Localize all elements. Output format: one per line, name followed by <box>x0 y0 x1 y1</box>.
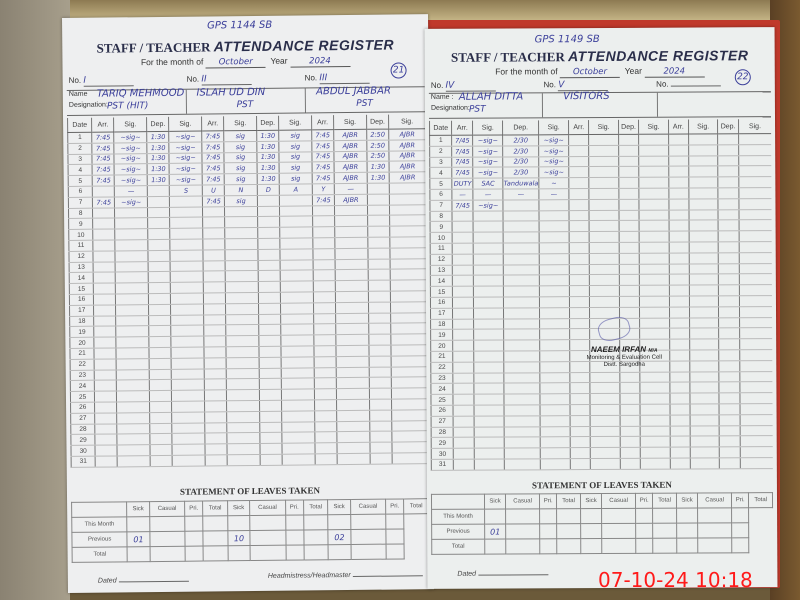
year-value: 2024 <box>290 56 350 68</box>
attendance-cell <box>718 231 739 242</box>
leaves-column-header: Total <box>203 501 228 516</box>
attendance-cell: ~sig~ <box>115 175 148 186</box>
attendance-cell <box>640 285 669 296</box>
attendance-cell <box>719 263 740 274</box>
attendance-cell <box>740 404 773 415</box>
attendance-cell <box>689 177 718 188</box>
attendance-cell <box>391 345 428 356</box>
attendance-cell <box>540 394 570 405</box>
attendance-cell <box>569 189 589 200</box>
attendance-cell <box>670 426 690 437</box>
leaves-cell <box>602 508 636 523</box>
attendance-cell <box>591 458 620 469</box>
attendance-cell <box>719 350 740 361</box>
attendance-cell <box>504 308 540 319</box>
attendance-cell <box>504 426 540 437</box>
attendance-cell <box>688 134 717 145</box>
attendance-cell <box>503 221 539 232</box>
attendance-cell <box>314 346 336 357</box>
attendance-cell <box>170 207 203 218</box>
attendance-cell <box>719 317 740 328</box>
attendance-cell <box>539 275 569 286</box>
attendance-cell <box>313 302 335 313</box>
attendance-cell <box>453 297 474 308</box>
date-cell: 9 <box>69 219 93 230</box>
attendance-cell <box>392 420 429 431</box>
attendance-cell <box>618 145 639 156</box>
attendance-cell <box>689 199 718 210</box>
attendance-cell <box>619 221 640 232</box>
attendance-cell <box>504 340 540 351</box>
attendance-cell: ~sig~ <box>539 167 569 178</box>
attendance-cell <box>203 260 225 271</box>
attendance-cell <box>503 210 539 221</box>
attendance-cell <box>117 423 150 434</box>
attendance-cell <box>504 297 540 308</box>
attendance-cell <box>569 167 589 178</box>
attendance-cell <box>718 188 739 199</box>
attendance-cell <box>205 412 227 423</box>
attendance-cell <box>570 437 590 448</box>
attendance-cell <box>225 206 258 217</box>
attendance-cell <box>390 291 427 302</box>
attendance-cell <box>391 323 428 334</box>
leaves-cell <box>328 545 350 560</box>
attendance-cell <box>738 144 771 155</box>
attendance-cell <box>314 389 336 400</box>
attendance-cell <box>282 432 315 443</box>
attendance-cell: AJBR <box>334 173 367 184</box>
leaves-row: This Month <box>432 508 773 525</box>
attendance-cell <box>225 271 258 282</box>
school-code: GPS 1149 SB <box>535 34 600 45</box>
attendance-cell <box>367 205 389 216</box>
attendance-cell <box>505 448 541 459</box>
attendance-cell <box>116 304 149 315</box>
attendance-cell <box>718 134 739 145</box>
attendance-cell <box>569 275 589 286</box>
attendance-cell <box>453 276 474 287</box>
attendance-cell <box>281 303 314 314</box>
date-cell: 24 <box>70 381 94 392</box>
attendance-cell <box>640 264 669 275</box>
date-cell: 28 <box>71 424 95 435</box>
attendance-cell <box>172 423 205 434</box>
attendance-cell <box>227 379 260 390</box>
leaves-cell <box>386 529 404 544</box>
attendance-cell <box>540 372 570 383</box>
attendance-cell <box>150 423 172 434</box>
attendance-cell <box>474 340 504 351</box>
attendance-cell <box>739 220 772 231</box>
attendance-cell <box>93 218 115 229</box>
attendance-cell <box>690 404 719 415</box>
attendance-cell <box>203 282 225 293</box>
attendance-cell <box>570 383 590 394</box>
attendance-cell <box>504 264 540 275</box>
date-cell: 27 <box>431 416 453 427</box>
attendance-cell <box>225 260 258 271</box>
attendance-cell: N <box>225 184 258 195</box>
attendance-cell <box>149 304 171 315</box>
attendance-cell <box>620 458 641 469</box>
attendance-cell <box>740 360 773 371</box>
attendance-cell <box>668 134 688 145</box>
attendance-cell: ~sig~ <box>539 135 569 146</box>
attendance-cell <box>589 156 618 167</box>
attendance-cell <box>474 459 504 470</box>
attendance-cell <box>227 433 260 444</box>
attendance-cell <box>619 167 640 178</box>
attendance-cell <box>640 382 669 393</box>
column-header: Sig. <box>389 114 426 129</box>
attendance-cell <box>669 199 689 210</box>
attendance-cell <box>314 313 336 324</box>
attendance-cell: — <box>115 186 148 197</box>
attendance-cell <box>391 334 428 345</box>
attendance-cell <box>639 221 668 232</box>
attendance-cell <box>205 422 227 433</box>
attendance-cell <box>569 156 589 167</box>
attendance-cell: sig <box>279 141 312 152</box>
month-line: For the month of October Year 2024 <box>425 65 775 79</box>
attendance-cell: 7:45 <box>312 130 334 141</box>
attendance-cell <box>389 204 426 215</box>
attendance-cell <box>669 177 689 188</box>
attendance-cell <box>540 437 570 448</box>
attendance-cell <box>453 254 474 265</box>
attendance-cell: ~sig~ <box>169 163 202 174</box>
attendance-cell <box>474 351 504 362</box>
attendance-cell <box>95 456 117 467</box>
attendance-cell <box>640 328 669 339</box>
staff-numbers: No. I No. II No. III <box>69 72 423 87</box>
attendance-cell <box>474 437 504 448</box>
leaves-cell <box>203 531 228 546</box>
attendance-cell <box>473 211 503 222</box>
attendance-cell: 7:45 <box>92 175 114 186</box>
attendance-cell <box>117 358 150 369</box>
attendance-cell <box>226 357 259 368</box>
leaves-cell <box>506 539 540 554</box>
attendance-cell <box>739 242 772 253</box>
attendance-cell: sig <box>224 163 257 174</box>
leaves-table: SickCasualPri.TotalSickCasualPri.TotalSi… <box>71 498 430 563</box>
attendance-cell <box>390 237 427 248</box>
attendance-cell <box>390 215 427 226</box>
column-header: Arr. <box>668 120 688 135</box>
attendance-cell <box>336 388 369 399</box>
attendance-cell <box>619 275 640 286</box>
attendance-cell <box>504 351 540 362</box>
attendance-cell <box>369 323 391 334</box>
attendance-cell <box>474 405 504 416</box>
attendance-cell: 7:45 <box>92 154 114 165</box>
leaves-cell <box>653 508 677 523</box>
table-row: 31 <box>431 458 773 471</box>
attendance-cell <box>640 372 669 383</box>
attendance-cell <box>260 422 282 433</box>
attendance-cell <box>315 432 337 443</box>
attendance-cell <box>93 186 115 197</box>
attendance-cell <box>368 259 390 270</box>
attendance-cell <box>390 269 427 280</box>
attendance-cell <box>689 220 718 231</box>
attendance-cell: — <box>334 183 367 194</box>
attendance-cell <box>391 366 428 377</box>
attendance-cell <box>740 436 773 447</box>
attendance-cell: 7:45 <box>312 140 334 151</box>
attendance-cell <box>337 399 370 410</box>
attendance-cell <box>150 444 172 455</box>
date-cell: 7 <box>430 200 452 211</box>
column-header: Dep. <box>718 119 739 134</box>
attendance-cell <box>281 292 314 303</box>
column-header: Arr. <box>311 115 333 130</box>
column-header: Arr. <box>452 121 473 136</box>
attendance-cell <box>225 238 258 249</box>
attendance-cell: 7/45 <box>452 146 473 157</box>
attendance-cell <box>148 229 170 240</box>
attendance-cell <box>226 292 259 303</box>
attendance-cell <box>454 437 475 448</box>
attendance-cell <box>94 305 116 316</box>
date-cell: 10 <box>430 232 452 243</box>
date-cell: 14 <box>69 273 93 284</box>
attendance-cell <box>738 134 771 145</box>
attendance-cell <box>367 215 389 226</box>
leaves-cell <box>203 516 228 531</box>
leaves-cell <box>484 509 505 524</box>
attendance-cell: AJBR <box>334 129 367 140</box>
attendance-cell <box>639 210 668 221</box>
attendance-cell: S <box>170 185 203 196</box>
month-value: October <box>560 67 620 78</box>
attendance-cell <box>689 242 718 253</box>
attendance-cell <box>668 166 688 177</box>
attendance-cell <box>280 270 313 281</box>
attendance-cell <box>172 369 205 380</box>
attendance-cell <box>281 313 314 324</box>
attendance-cell <box>148 261 170 272</box>
attendance-cell <box>391 312 428 323</box>
leaves-column-header: Pri. <box>636 493 653 508</box>
attendance-cell <box>172 433 205 444</box>
attendance-cell <box>539 243 569 254</box>
attendance-cell: — <box>452 189 473 200</box>
staff-name: TARIQ MEHMOOD <box>97 88 185 100</box>
date-cell: 4 <box>430 168 452 179</box>
attendance-cell <box>281 324 314 335</box>
date-cell: 16 <box>69 294 93 305</box>
leaves-cell <box>285 515 303 530</box>
attendance-cell <box>94 359 116 370</box>
attendance-cell <box>639 253 668 264</box>
attendance-cell: sig <box>279 151 312 162</box>
attendance-cell <box>504 362 540 373</box>
attendance-cell <box>336 378 369 389</box>
attendance-cell <box>171 347 204 358</box>
attendance-cell <box>313 292 335 303</box>
attendance-cell <box>94 283 116 294</box>
date-cell: 24 <box>431 384 453 395</box>
staff-name: ABDUL JABBAR <box>316 86 391 98</box>
date-cell: 4 <box>68 165 92 176</box>
attendance-cell <box>116 294 149 305</box>
attendance-cell <box>392 442 429 453</box>
attendance-cell <box>94 369 116 380</box>
leaves-cell <box>228 516 250 531</box>
date-cell: 1 <box>430 135 452 146</box>
attendance-cell <box>280 205 313 216</box>
attendance-cell <box>171 293 204 304</box>
attendance-cell: ~sig~ <box>539 145 569 156</box>
staff-name: VISITORS <box>563 91 609 102</box>
attendance-cell <box>315 454 337 465</box>
attendance-cell: ~sig~ <box>114 164 147 175</box>
column-header: Arr. <box>569 120 589 135</box>
attendance-cell <box>260 400 282 411</box>
attendance-cell <box>314 335 336 346</box>
leaves-column-header: Total <box>557 494 581 509</box>
leaves-column-header: Pri. <box>185 501 203 516</box>
attendance-cell <box>281 378 314 389</box>
leaves-cell <box>540 539 557 554</box>
column-header: Sig. <box>738 119 771 134</box>
attendance-cell <box>203 271 225 282</box>
leaves-cell <box>732 508 749 523</box>
attendance-cell <box>282 421 315 432</box>
attendance-cell <box>539 221 569 232</box>
attendance-cell: Tanduwala <box>503 178 539 189</box>
attendance-cell <box>148 283 170 294</box>
leaves-cell <box>250 530 286 545</box>
leaves-cell <box>127 547 149 562</box>
attendance-cell <box>115 218 148 229</box>
leaves-cell <box>185 516 203 531</box>
attendance-cell <box>473 221 503 232</box>
attendance-cell <box>670 436 690 447</box>
attendance-cell <box>689 209 718 220</box>
attendance-cell <box>569 232 589 243</box>
attendance-cell: U <box>202 185 224 196</box>
attendance-cell <box>569 221 589 232</box>
attendance-cell <box>640 307 669 318</box>
attendance-cell <box>204 314 226 325</box>
attendance-cell <box>314 378 336 389</box>
attendance-cell <box>95 380 117 391</box>
attendance-cell <box>690 382 719 393</box>
attendance-cell: ~sig~ <box>473 167 503 178</box>
attendance-cell: 1:30 <box>147 142 169 153</box>
leaves-column-header: Sick <box>580 493 601 508</box>
attendance-cell <box>569 145 589 156</box>
attendance-cell <box>116 261 149 272</box>
attendance-cell <box>368 291 390 302</box>
attendance-cell: AJBR <box>389 150 426 161</box>
attendance-cell <box>172 390 205 401</box>
attendance-cell <box>260 411 282 422</box>
date-cell: 5 <box>68 175 92 186</box>
leaves-column-header <box>72 502 128 518</box>
attendance-cell <box>204 304 226 315</box>
attendance-cell <box>719 253 740 264</box>
attendance-cell <box>369 377 391 388</box>
attendance-cell <box>620 393 641 404</box>
attendance-cell <box>689 253 718 264</box>
attendance-cell <box>669 188 689 199</box>
attendance-cell <box>226 346 259 357</box>
attendance-cell <box>170 217 203 228</box>
leaves-column-header: Sick <box>676 493 697 508</box>
date-cell: 29 <box>431 438 453 449</box>
leaves-row-label: Total <box>432 539 485 554</box>
attendance-cell <box>227 454 260 465</box>
attendance-cell <box>280 249 313 260</box>
attendance-cell: sig <box>224 130 257 141</box>
staff-designation: PST <box>469 105 486 115</box>
leaves-cell <box>698 523 732 538</box>
attendance-cell <box>473 265 503 276</box>
attendance-cell <box>619 264 640 275</box>
attendance-cell <box>718 220 739 231</box>
attendance-cell <box>368 313 390 324</box>
attendance-cell: ~sig~ <box>169 153 202 164</box>
attendance-cell <box>473 232 503 243</box>
attendance-cell: 7/45 <box>452 135 473 146</box>
attendance-cell: AJBR <box>389 129 426 140</box>
attendance-cell <box>570 286 590 297</box>
attendance-cell <box>739 263 772 274</box>
attendance-cell: 7:45 <box>312 194 334 205</box>
attendance-cell <box>389 183 426 194</box>
attendance-cell <box>640 296 669 307</box>
attendance-cell <box>149 337 171 348</box>
attendance-cell <box>740 371 773 382</box>
attendance-cell <box>739 198 772 209</box>
attendance-cell <box>719 328 740 339</box>
attendance-cell <box>172 379 205 390</box>
date-cell: 31 <box>431 459 453 470</box>
attendance-cell <box>590 275 619 286</box>
leaves-cell <box>636 508 653 523</box>
attendance-cell <box>204 325 226 336</box>
attendance-cell <box>739 166 772 177</box>
attendance-cell <box>172 444 205 455</box>
leaves-cell <box>557 524 581 539</box>
date-cell: 25 <box>70 391 94 402</box>
attendance-cell <box>259 379 281 390</box>
date-cell: 29 <box>71 434 95 445</box>
leaves-cell <box>350 514 386 529</box>
attendance-cell: ~sig~ <box>473 200 503 211</box>
attendance-cell <box>669 231 689 242</box>
attendance-cell <box>539 286 569 297</box>
attendance-table: DateArr.Sig.Dep.Sig.Arr.Sig.Dep.Sig.Arr.… <box>429 119 773 470</box>
attendance-cell <box>620 372 641 383</box>
attendance-cell <box>690 436 719 447</box>
attendance-cell <box>540 405 570 416</box>
leaves-cell <box>698 538 732 553</box>
attendance-cell <box>540 448 570 459</box>
attendance-cell <box>226 368 259 379</box>
attendance-cell <box>280 216 313 227</box>
attendance-cell <box>150 455 172 466</box>
attendance-cell <box>116 272 149 283</box>
leaves-column-header: Total <box>749 493 773 508</box>
leaves-column-header: Total <box>404 499 429 514</box>
attendance-cell <box>171 304 204 315</box>
